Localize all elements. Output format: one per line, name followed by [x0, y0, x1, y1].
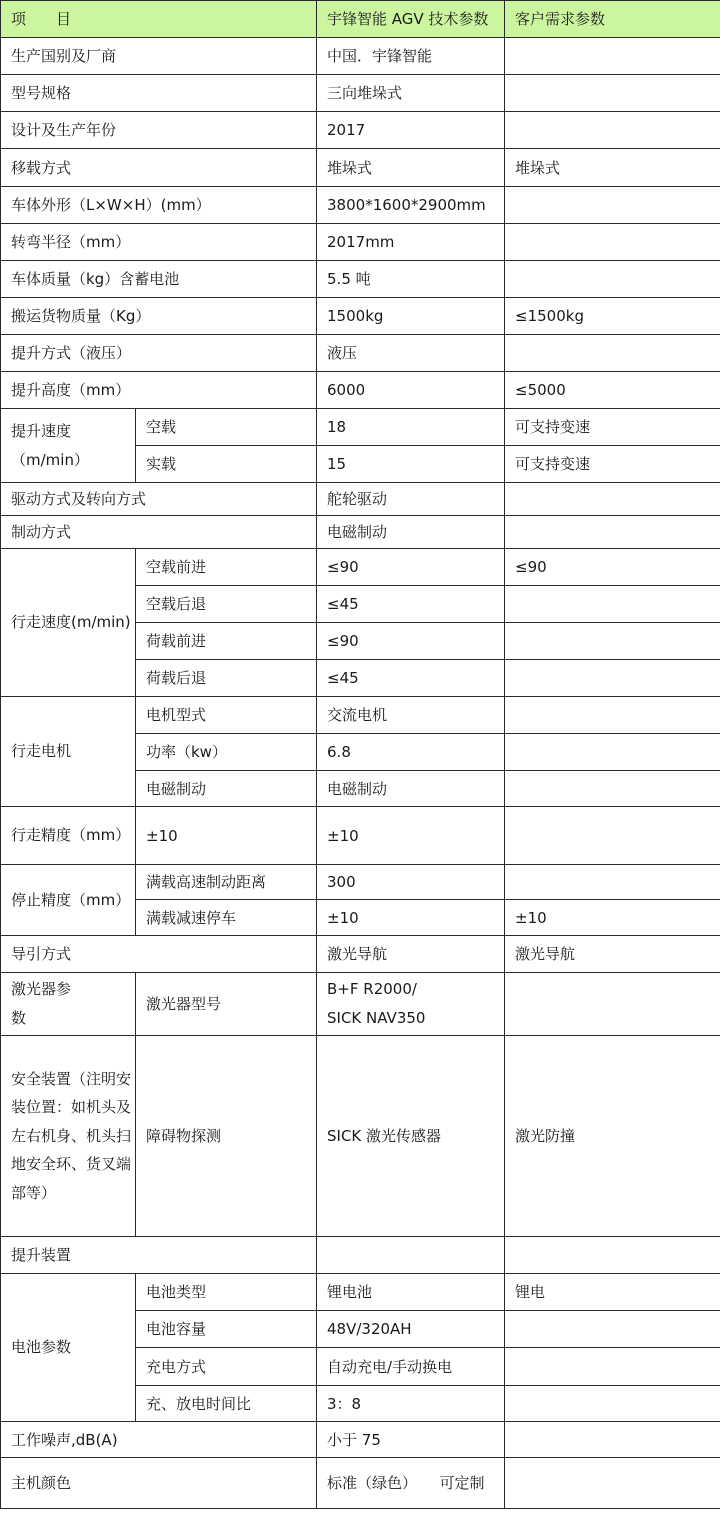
vendor-value: 舵轮驱动: [317, 483, 505, 516]
row-label: 导引方式: [1, 936, 317, 973]
table-row: 激光器参数 激光器型号 B+F R2000/ SICK NAV350: [1, 973, 720, 1036]
table-row: 行走电机 电机型式 交流电机: [1, 697, 720, 734]
group-label-lift-speed: 提升速度（m/min）: [1, 409, 136, 483]
table-row: 驱动方式及转向方式 舵轮驱动: [1, 483, 720, 516]
table-row: 行走速度(m/min) 空载前进 ≤90 ≤90: [1, 549, 720, 586]
row-label: 提升高度（mm）: [1, 372, 317, 409]
table-row: 制动方式 电磁制动: [1, 516, 720, 549]
customer-value: [505, 1348, 720, 1386]
row-label: 制动方式: [1, 516, 317, 549]
customer-value: 堆垛式: [505, 149, 720, 187]
vendor-value: ±10: [317, 900, 505, 936]
group-label-travel-speed: 行走速度(m/min): [1, 549, 136, 697]
customer-value: [505, 586, 720, 623]
vendor-value: 6.8: [317, 734, 505, 771]
group-label-stop-accuracy: 停止精度（mm）: [1, 865, 136, 936]
customer-value: [505, 112, 720, 149]
table-row: 工作噪声,dB(A) 小于 75: [1, 1422, 720, 1458]
table-row: 电池参数 电池类型 锂电池 锂电: [1, 1274, 720, 1311]
vendor-value: 堆垛式: [317, 149, 505, 187]
header-item: 项 目: [1, 1, 317, 38]
header-customer-params: 客户需求参数: [505, 1, 720, 38]
vendor-value-line: SICK NAV350: [327, 1004, 504, 1033]
customer-value: 激光导航: [505, 936, 720, 973]
customer-value: [505, 335, 720, 372]
sub-label: 电池类型: [136, 1274, 317, 1311]
customer-value: 可支持变速: [505, 446, 720, 483]
customer-value: [505, 1458, 720, 1509]
table-row: 提升方式（液压） 液压: [1, 335, 720, 372]
customer-value: [505, 75, 720, 112]
sub-label: ±10: [136, 807, 317, 865]
table-row: 提升速度（m/min） 空载 18 可支持变速: [1, 409, 720, 446]
vendor-value: B+F R2000/ SICK NAV350: [317, 973, 505, 1036]
table-row: 生产国别及厂商 中国．宇锋智能: [1, 38, 720, 75]
spec-table: 项 目 宇锋智能 AGV 技术参数 客户需求参数 生产国别及厂商 中国．宇锋智能…: [0, 0, 720, 1509]
vendor-value: 电磁制动: [317, 771, 505, 807]
vendor-value: 1500kg: [317, 298, 505, 335]
row-label: 型号规格: [1, 75, 317, 112]
sub-label: 空载: [136, 409, 317, 446]
row-label: 设计及生产年份: [1, 112, 317, 149]
sub-label: 功率（kw）: [136, 734, 317, 771]
row-label: 生产国别及厂商: [1, 38, 317, 75]
customer-value: [505, 187, 720, 224]
table-row: 移载方式 堆垛式 堆垛式: [1, 149, 720, 187]
vendor-value: 小于 75: [317, 1422, 505, 1458]
customer-value: [505, 38, 720, 75]
sub-label: 荷载前进: [136, 623, 317, 660]
vendor-value: 18: [317, 409, 505, 446]
customer-value: 可支持变速: [505, 409, 720, 446]
sub-label: 荷载后退: [136, 660, 317, 697]
table-row: 行走精度（mm） ±10 ±10: [1, 807, 720, 865]
group-label-laser: 激光器参数: [1, 973, 136, 1036]
customer-value: [505, 1422, 720, 1458]
group-label-travel-motor: 行走电机: [1, 697, 136, 807]
vendor-value: 激光导航: [317, 936, 505, 973]
row-label: 提升装置: [1, 1237, 317, 1274]
customer-value: ≤5000: [505, 372, 720, 409]
table-row: 转弯半径（mm） 2017mm: [1, 224, 720, 261]
header-vendor-params: 宇锋智能 AGV 技术参数: [317, 1, 505, 38]
customer-value: [505, 973, 720, 1036]
sub-label: 障碍物探测: [136, 1036, 317, 1237]
vendor-value: SICK 激光传感器: [317, 1036, 505, 1237]
group-label-battery: 电池参数: [1, 1274, 136, 1422]
customer-value: [505, 483, 720, 516]
group-label-travel-accuracy: 行走精度（mm）: [1, 807, 136, 865]
vendor-value: 自动充电/手动换电: [317, 1348, 505, 1386]
customer-value: [505, 516, 720, 549]
vendor-value: ≤90: [317, 623, 505, 660]
customer-value: [505, 660, 720, 697]
sub-label: 充电方式: [136, 1348, 317, 1386]
customer-value: [505, 1311, 720, 1348]
sub-label: 电机型式: [136, 697, 317, 734]
customer-value: [505, 697, 720, 734]
sub-label: 电磁制动: [136, 771, 317, 807]
table-row: 型号规格 三向堆垛式: [1, 75, 720, 112]
vendor-value: 2017mm: [317, 224, 505, 261]
table-row: 提升装置: [1, 1237, 720, 1274]
customer-value: [505, 623, 720, 660]
row-label: 提升方式（液压）: [1, 335, 317, 372]
table-header-row: 项 目 宇锋智能 AGV 技术参数 客户需求参数: [1, 1, 720, 38]
row-label: 工作噪声,dB(A): [1, 1422, 317, 1458]
vendor-value: 中国．宇锋智能: [317, 38, 505, 75]
vendor-value: [317, 1237, 505, 1274]
sub-label: 充、放电时间比: [136, 1386, 317, 1422]
customer-value: [505, 865, 720, 900]
row-label: 驱动方式及转向方式: [1, 483, 317, 516]
table-row: 搬运货物质量（Kg） 1500kg ≤1500kg: [1, 298, 720, 335]
sub-label: 满载高速制动距离: [136, 865, 317, 900]
row-label: 车体外形（L×W×H）(mm）: [1, 187, 317, 224]
vendor-value: ≤90: [317, 549, 505, 586]
table-row: 导引方式 激光导航 激光导航: [1, 936, 720, 973]
customer-value: [505, 1386, 720, 1422]
customer-value: ≤1500kg: [505, 298, 720, 335]
vendor-value: 交流电机: [317, 697, 505, 734]
table-row: 设计及生产年份 2017: [1, 112, 720, 149]
vendor-value: ±10: [317, 807, 505, 865]
vendor-value: 300: [317, 865, 505, 900]
table-row: 提升高度（mm） 6000 ≤5000: [1, 372, 720, 409]
vendor-value: 电磁制动: [317, 516, 505, 549]
customer-value: 锂电: [505, 1274, 720, 1311]
vendor-value: 3800*1600*2900mm: [317, 187, 505, 224]
row-label: 主机颜色: [1, 1458, 317, 1509]
customer-value: [505, 261, 720, 298]
table-row: 主机颜色 标准（绿色） 可定制: [1, 1458, 720, 1509]
vendor-value: 标准（绿色） 可定制: [317, 1458, 505, 1509]
sub-label: 满载减速停车: [136, 900, 317, 936]
row-label: 车体质量（kg）含蓄电池: [1, 261, 317, 298]
customer-value: ±10: [505, 900, 720, 936]
table-row: 安全装置（注明安装位置：如机头及左右机身、机头扫地安全环、货叉端部等） 障碍物探…: [1, 1036, 720, 1237]
table-row: 停止精度（mm） 满载高速制动距离 300: [1, 865, 720, 900]
vendor-value: 15: [317, 446, 505, 483]
row-label: 转弯半径（mm）: [1, 224, 317, 261]
group-label-safety: 安全装置（注明安装位置：如机头及左右机身、机头扫地安全环、货叉端部等）: [1, 1036, 136, 1237]
vendor-value: 2017: [317, 112, 505, 149]
vendor-value: 3：8: [317, 1386, 505, 1422]
vendor-value: 三向堆垛式: [317, 75, 505, 112]
vendor-value: 5.5 吨: [317, 261, 505, 298]
customer-value: [505, 807, 720, 865]
table-row: 车体质量（kg）含蓄电池 5.5 吨: [1, 261, 720, 298]
sub-label: 空载后退: [136, 586, 317, 623]
customer-value: [505, 734, 720, 771]
vendor-value-line: B+F R2000/: [327, 975, 504, 1004]
customer-value: [505, 224, 720, 261]
sub-label: 激光器型号: [136, 973, 317, 1036]
table-row: 车体外形（L×W×H）(mm） 3800*1600*2900mm: [1, 187, 720, 224]
vendor-value: ≤45: [317, 660, 505, 697]
customer-value: ≤90: [505, 549, 720, 586]
sub-label: 电池容量: [136, 1311, 317, 1348]
customer-value: [505, 1237, 720, 1274]
vendor-value: 液压: [317, 335, 505, 372]
vendor-value: 6000: [317, 372, 505, 409]
vendor-value: ≤45: [317, 586, 505, 623]
sub-label: 空载前进: [136, 549, 317, 586]
row-label: 搬运货物质量（Kg）: [1, 298, 317, 335]
vendor-value: 48V/320AH: [317, 1311, 505, 1348]
row-label: 移载方式: [1, 149, 317, 187]
customer-value: [505, 771, 720, 807]
vendor-value: 锂电池: [317, 1274, 505, 1311]
sub-label: 实载: [136, 446, 317, 483]
customer-value: 激光防撞: [505, 1036, 720, 1237]
